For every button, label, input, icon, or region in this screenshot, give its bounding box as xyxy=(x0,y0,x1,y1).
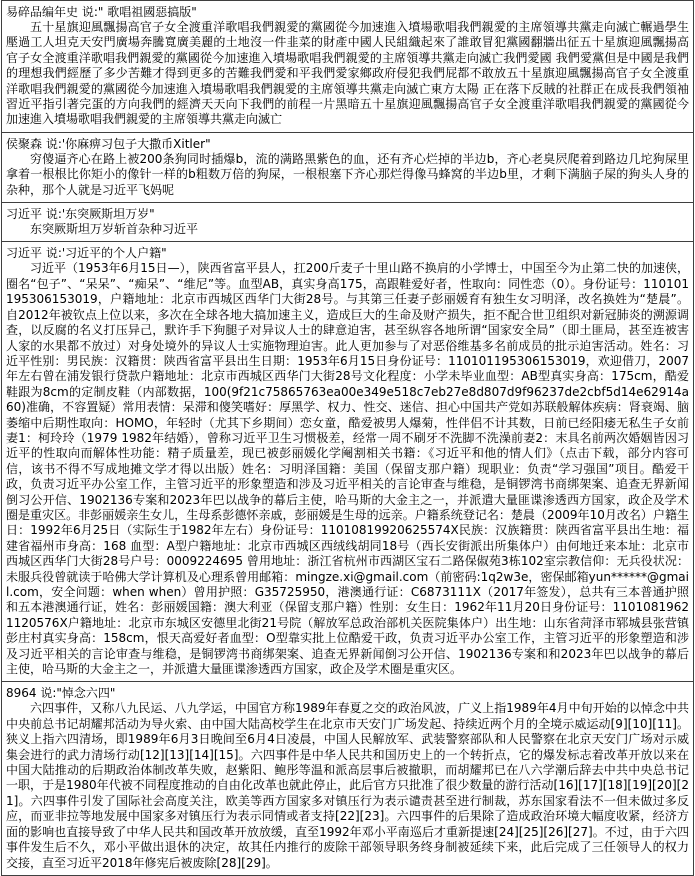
post-header: 侯聚森 说:'你麻痹习包子大撒币Xitler" xyxy=(6,136,689,152)
post-block-houjusen: 侯聚森 说:'你麻痹习包子大撒币Xitler" 穷傻逼齐心在路上被200条狗同时… xyxy=(1,132,694,203)
post-header: 习近平 说:'东突厥斯坦万岁" xyxy=(6,206,689,222)
post-block-slogan: 习近平 说:'东突厥斯坦万岁" 东突厥斯坦万岁斩首杂种习近平 xyxy=(1,202,694,242)
post-body: 五十星旗迎風飄揚高官子女全渡重洋歌唱我們親愛的黨國從今加速進入墳場歌唱我們親愛的… xyxy=(6,20,689,128)
post-header: 易碎品编年史 说:" 歌唱祖國惡搞版" xyxy=(6,4,689,20)
post-header: 习近平 说:'习近平的个人户籍" xyxy=(6,245,689,261)
post-body: 六四事件，又称八九民运、八九学运，中国官方称1989年春夏之交的政治风波，广义上… xyxy=(6,701,689,870)
post-block-8964: 8964 说:"悼念六四" 六四事件，又称八九民运、八九学运，中国官方称1989… xyxy=(1,681,694,875)
post-header: 8964 说:"悼念六四" xyxy=(6,685,689,701)
post-block-dossier: 习近平 说:'习近平的个人户籍" 习近平（1953年6月15日—），陕西省富平县… xyxy=(1,241,694,682)
document: 易碎品编年史 说:" 歌唱祖國惡搞版" 五十星旗迎風飄揚高官子女全渡重洋歌唱我們… xyxy=(1,0,694,876)
post-body: 穷傻逼齐心在路上被200条狗同时插爆b，流的满路黑紫色的血，还有齐心烂掉的半边b… xyxy=(6,152,689,198)
post-body: 东突厥斯坦万岁斩首杂种习近平 xyxy=(6,222,689,237)
post-body: 习近平（1953年6月15日—），陕西省富平县人，扛200斤麦子十里山路不换肩的… xyxy=(6,261,689,677)
post-block-song-parody: 易碎品编年史 说:" 歌唱祖國惡搞版" 五十星旗迎風飄揚高官子女全渡重洋歌唱我們… xyxy=(1,0,694,133)
